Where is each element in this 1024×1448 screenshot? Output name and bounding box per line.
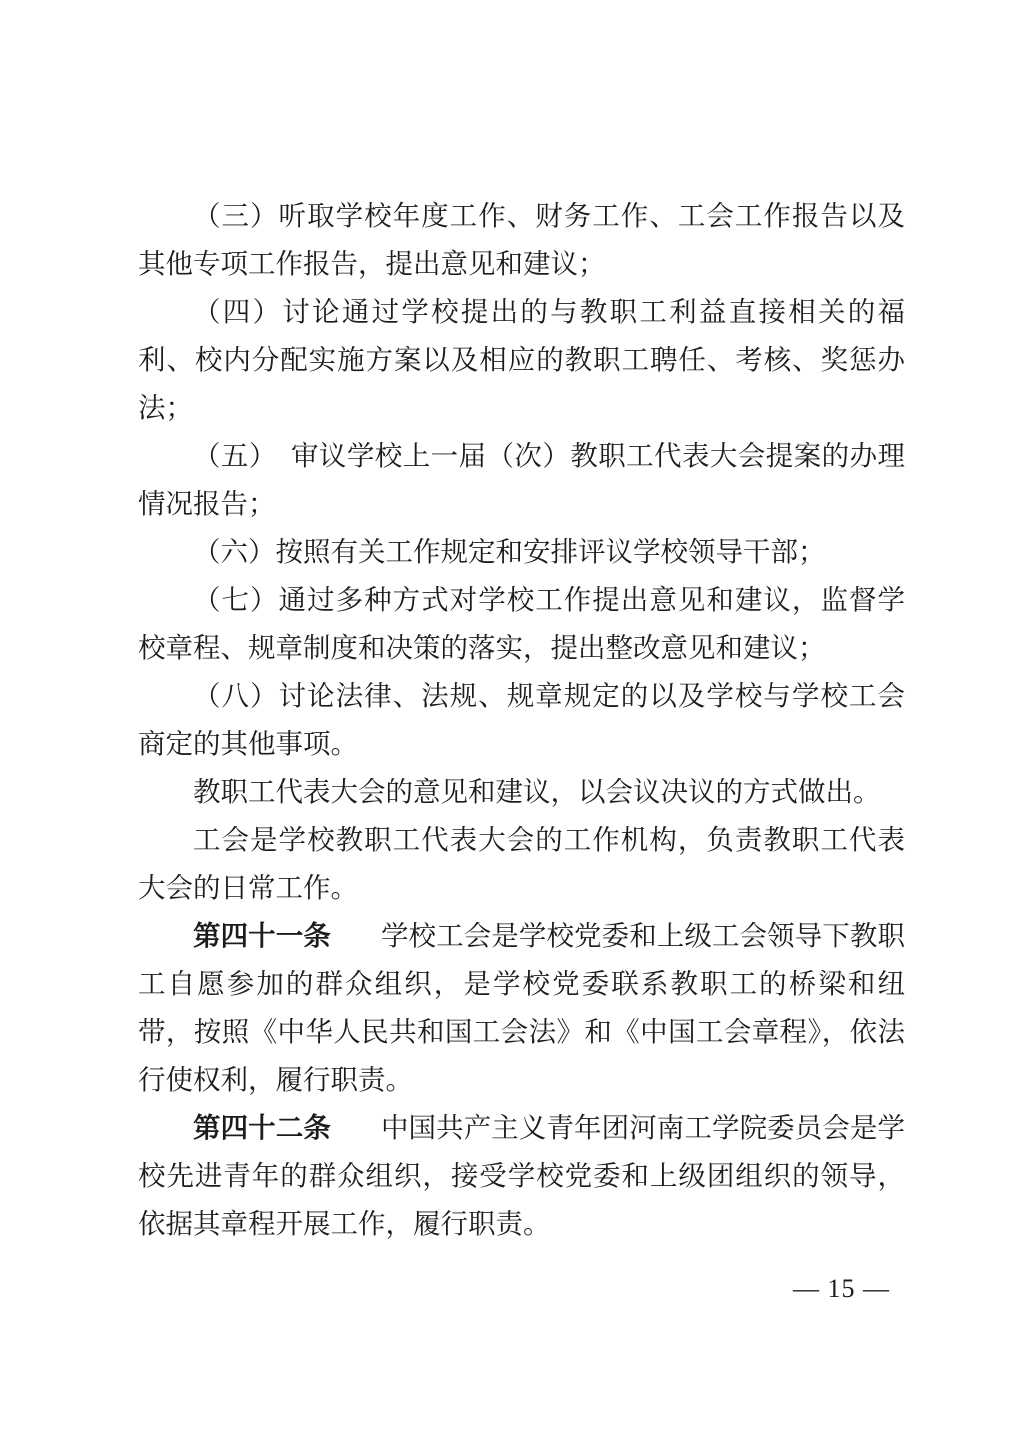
paragraph-text: （四）讨论通过学校提出的与教职工利益直接相关的福利、校内分配实施方案以及相应的教… bbox=[138, 296, 905, 423]
document-page: （三）听取学校年度工作、财务工作、工会工作报告以及其他专项工作报告，提出意见和建… bbox=[0, 0, 1024, 1448]
paragraph-text: （五） 审议学校上一届（次）教职工代表大会提案的办理情况报告； bbox=[138, 440, 905, 519]
paragraph-jiaodaihui-resolution: 教职工代表大会的意见和建议，以会议决议的方式做出。 bbox=[138, 768, 905, 816]
paragraph-text: （三）听取学校年度工作、财务工作、工会工作报告以及其他专项工作报告，提出意见和建… bbox=[138, 200, 905, 279]
article-number: 第四十一条 bbox=[193, 920, 331, 951]
paragraph-union-working-body: 工会是学校教职工代表大会的工作机构，负责教职工代表大会的日常工作。 bbox=[138, 816, 905, 912]
paragraph-text: （七）通过多种方式对学校工作提出意见和建议，监督学校章程、规章制度和决策的落实，… bbox=[138, 584, 905, 663]
paragraph-item-4: （四）讨论通过学校提出的与教职工利益直接相关的福利、校内分配实施方案以及相应的教… bbox=[138, 288, 905, 432]
paragraph-text: 教职工代表大会的意见和建议，以会议决议的方式做出。 bbox=[193, 776, 881, 807]
document-body: （三）听取学校年度工作、财务工作、工会工作报告以及其他专项工作报告，提出意见和建… bbox=[138, 192, 905, 1248]
paragraph-text: 工会是学校教职工代表大会的工作机构，负责教职工代表大会的日常工作。 bbox=[138, 824, 905, 903]
paragraph-item-7: （七）通过多种方式对学校工作提出意见和建议，监督学校章程、规章制度和决策的落实，… bbox=[138, 576, 905, 672]
paragraph-article-41: 第四十一条学校工会是学校党委和上级工会领导下教职工自愿参加的群众组织，是学校党委… bbox=[138, 912, 905, 1104]
page-number: — 15 — bbox=[793, 1272, 890, 1306]
paragraph-item-3: （三）听取学校年度工作、财务工作、工会工作报告以及其他专项工作报告，提出意见和建… bbox=[138, 192, 905, 288]
paragraph-item-6: （六）按照有关工作规定和安排评议学校领导干部； bbox=[138, 528, 905, 576]
paragraph-text: （八）讨论法律、法规、规章规定的以及学校与学校工会商定的其他事项。 bbox=[138, 680, 905, 759]
paragraph-item-5: （五） 审议学校上一届（次）教职工代表大会提案的办理情况报告； bbox=[138, 432, 905, 528]
paragraph-article-42: 第四十二条中国共产主义青年团河南工学院委员会是学校先进青年的群众组织，接受学校党… bbox=[138, 1104, 905, 1248]
article-number: 第四十二条 bbox=[193, 1112, 331, 1143]
paragraph-item-8: （八）讨论法律、法规、规章规定的以及学校与学校工会商定的其他事项。 bbox=[138, 672, 905, 768]
paragraph-text: （六）按照有关工作规定和安排评议学校领导干部； bbox=[193, 536, 826, 567]
